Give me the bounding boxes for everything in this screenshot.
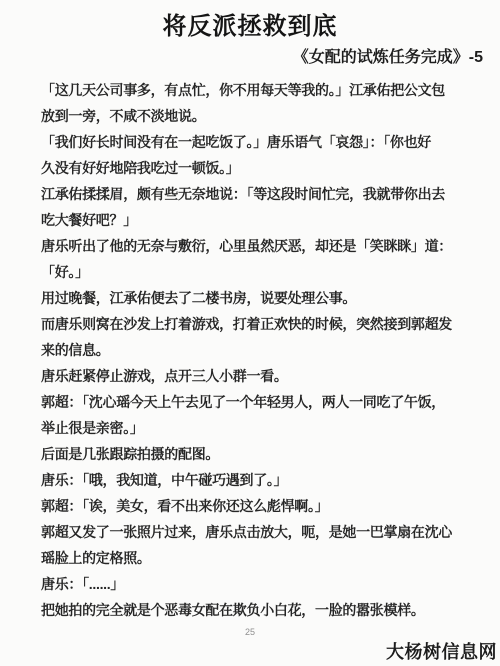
text-line: 放到一旁，不咸不淡地说。 — [41, 103, 470, 129]
text-line: 来的信息。 — [41, 337, 470, 363]
text-line: 吃大餐好吧？」 — [41, 207, 470, 233]
text-line: 「这几天公司事多，有点忙，你不用每天等我的。」江承佑把公文包 — [41, 77, 470, 103]
text-line: 后面是几张跟踪拍摄的配图。 — [41, 441, 470, 467]
text-line: 用过晚餐，江承佑便去了二楼书房，说要处理公事。 — [41, 285, 470, 311]
text-line: 郭超：「沈心瑶今天上午去见了一个年轻男人，两人一同吃了午饭， — [41, 389, 470, 415]
text-line: 唐乐：「......」 — [41, 571, 470, 597]
page-number: 25 — [0, 626, 500, 638]
text-line: 唐乐：「哦，我知道，中午碰巧遇到了。」 — [41, 467, 470, 493]
text-line: 江承佑揉揉眉，颇有些无奈地说：「等这段时间忙完，我就带你出去 — [41, 181, 470, 207]
page-title: 将反派拯救到底 — [0, 8, 500, 46]
text-line: 举止很是亲密。」 — [41, 415, 470, 441]
document-page: 将反派拯救到底 《女配的试炼任务完成》-5 「这几天公司事多，有点忙，你不用每天… — [0, 0, 500, 666]
text-line: 唐乐听出了他的无奈与敷衍，心里虽然厌恶，却还是「笑眯眯」道： — [41, 233, 470, 259]
text-line: 「我们好长时间没有在一起吃饭了。」唐乐语气「哀怨」：「你也好 — [41, 129, 470, 155]
text-line: 而唐乐则窝在沙发上打着游戏，打着正欢快的时候，突然接到郭超发 — [41, 311, 470, 337]
text-line: 「好。」 — [41, 259, 470, 285]
text-line: 唐乐赶紧停止游戏，点开三人小群一看。 — [41, 363, 470, 389]
body-text: 「这几天公司事多，有点忙，你不用每天等我的。」江承佑把公文包 放到一旁，不咸不淡… — [0, 77, 500, 623]
text-line: 郭超：「诶，美女，看不出来你还这么彪悍啊。」 — [41, 493, 470, 519]
text-line: 把她拍的完全就是个恶毒女配在欺负小白花，一脸的嚣张模样。 — [41, 597, 470, 623]
text-line: 郭超又发了一张照片过来，唐乐点击放大，呃，是她一巴掌扇在沈心 — [41, 519, 470, 545]
chapter-subtitle: 《女配的试炼任务完成》-5 — [0, 46, 500, 70]
text-line: 瑶脸上的定格照。 — [41, 545, 470, 571]
watermark: 大杨树信息网 — [386, 638, 497, 664]
text-line: 久没有好好地陪我吃过一顿饭。」 — [41, 155, 470, 181]
